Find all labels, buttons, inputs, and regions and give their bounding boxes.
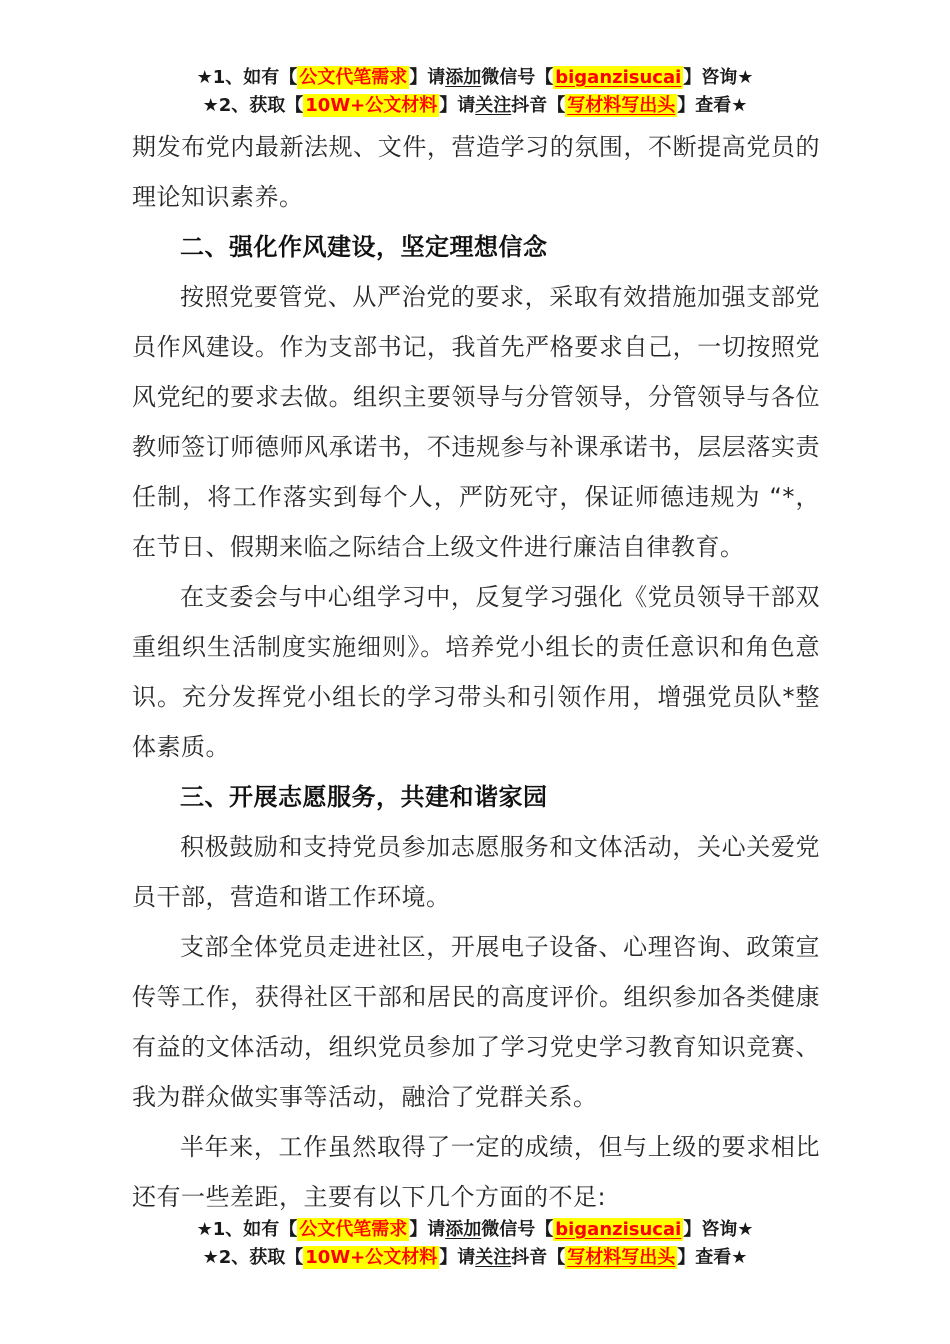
ad-line-1: ★1、如有【公文代笔需求】请添加微信号【biganzisucai】咨询★ xyxy=(0,1216,950,1244)
ad-underlined-word: 添加 xyxy=(445,1219,481,1240)
body-paragraph: 在支委会与中心组学习中，反复学习强化《党员领导干部双重组织生活制度实施细则》。培… xyxy=(132,572,820,772)
body-paragraph: 积极鼓励和支持党员参加志愿服务和文体活动，关心关爱党员干部，营造和谐工作环境。 xyxy=(132,822,820,922)
ad-text-segment: 】请 xyxy=(409,1219,445,1240)
ad-text-segment: ★2、获取【 xyxy=(203,1247,304,1268)
section-heading-3: 三、开展志愿服务，共建和谐家园 xyxy=(132,772,820,822)
ad-text-segment: 微信号【 xyxy=(481,1219,553,1240)
ad-douyin-id-highlight: 写材料写出头 xyxy=(565,94,677,117)
page: { "colors": { "page_background": "#fffff… xyxy=(0,0,950,1344)
ad-douyin-id-highlight: 写材料写出头 xyxy=(565,1246,677,1269)
ad-highlight-materials: 10W+公文材料 xyxy=(303,1246,439,1269)
ad-text-segment: ★1、如有【 xyxy=(197,67,298,88)
ad-highlight-writing-service: 公文代笔需求 xyxy=(297,66,409,89)
ad-text-segment: 抖音【 xyxy=(511,1247,565,1268)
ad-highlight-materials: 10W+公文材料 xyxy=(303,94,439,117)
ad-underlined-word: 关注 xyxy=(475,95,511,116)
ad-line-2: ★2、获取【10W+公文材料】请关注抖音【写材料写出头】查看★ xyxy=(0,1244,950,1272)
section-heading-2: 二、强化作风建设，坚定理想信念 xyxy=(132,222,820,272)
ad-text-segment: 】请 xyxy=(409,67,445,88)
ad-text-segment: 】咨询★ xyxy=(683,67,753,88)
body-paragraph: 支部全体党员走进社区，开展电子设备、心理咨询、政策宣传等工作，获得社区干部和居民… xyxy=(132,922,820,1122)
ad-text-segment: 微信号【 xyxy=(481,67,553,88)
ad-text-segment: 抖音【 xyxy=(511,95,565,116)
ad-highlight-writing-service: 公文代笔需求 xyxy=(297,1218,409,1241)
ad-text-segment: 】请 xyxy=(439,95,475,116)
ad-text-segment: ★2、获取【 xyxy=(203,95,304,116)
ad-text-segment: 】查看★ xyxy=(677,95,747,116)
body-paragraph: 半年来，工作虽然取得了一定的成绩，但与上级的要求相比还有一些差距，主要有以下几个… xyxy=(132,1122,820,1222)
ad-wechat-id-highlight: biganzisucai xyxy=(553,66,683,89)
ad-line-2: ★2、获取【10W+公文材料】请关注抖音【写材料写出头】查看★ xyxy=(0,92,950,120)
paragraph-continuation: 期发布党内最新法规、文件，营造学习的氛围，不断提高党员的理论知识素养。 xyxy=(132,122,820,222)
ad-text-segment: 】查看★ xyxy=(677,1247,747,1268)
ad-banner-top: ★1、如有【公文代笔需求】请添加微信号【biganzisucai】咨询★ ★2、… xyxy=(0,64,950,120)
ad-text-segment: ★1、如有【 xyxy=(197,1219,298,1240)
body-paragraph: 按照党要管党、从严治党的要求，采取有效措施加强支部党员作风建设。作为支部书记，我… xyxy=(132,272,820,572)
ad-banner-bottom: ★1、如有【公文代笔需求】请添加微信号【biganzisucai】咨询★ ★2、… xyxy=(0,1216,950,1272)
ad-text-segment: 】请 xyxy=(439,1247,475,1268)
ad-wechat-id-highlight: biganzisucai xyxy=(553,1218,683,1241)
ad-underlined-word: 添加 xyxy=(445,67,481,88)
document-body: 期发布党内最新法规、文件，营造学习的氛围，不断提高党员的理论知识素养。 二、强化… xyxy=(132,122,820,1222)
ad-line-1: ★1、如有【公文代笔需求】请添加微信号【biganzisucai】咨询★ xyxy=(0,64,950,92)
ad-text-segment: 】咨询★ xyxy=(683,1219,753,1240)
ad-underlined-word: 关注 xyxy=(475,1247,511,1268)
